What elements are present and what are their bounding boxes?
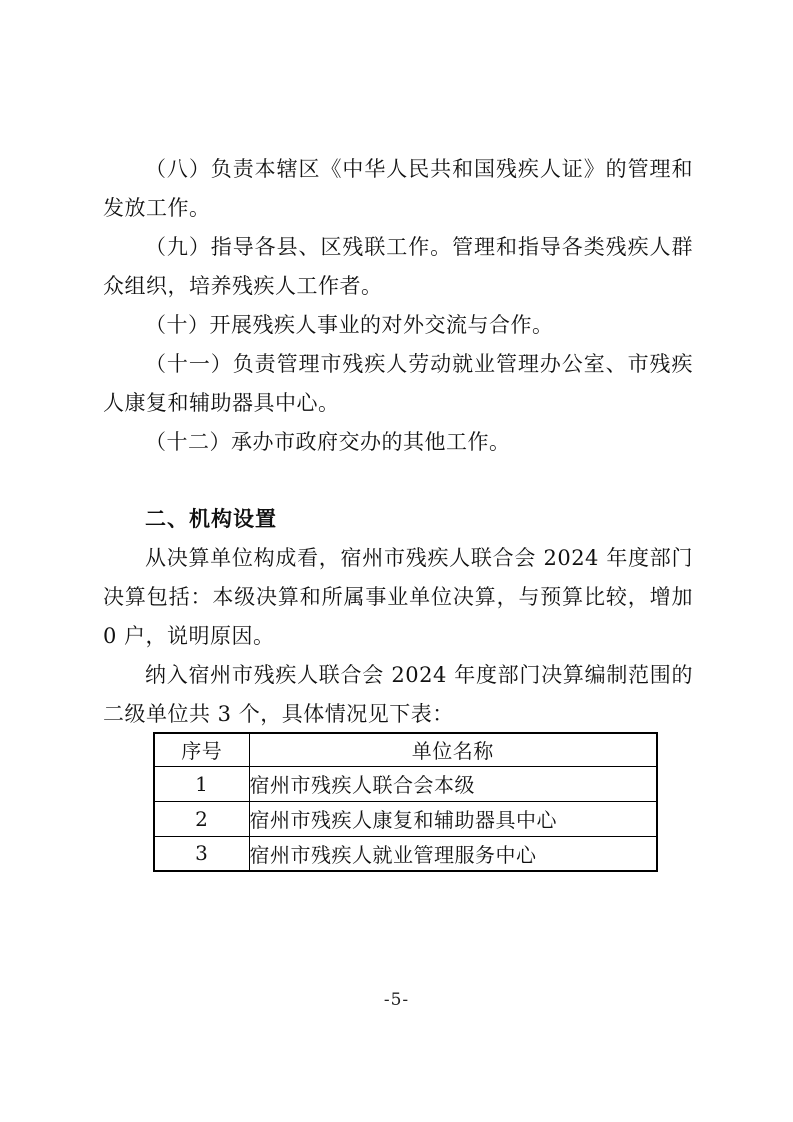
paragraph-item-11: （十一）负责管理市残疾人劳动就业管理办公室、市残疾人康复和辅助器具中心。	[103, 345, 693, 423]
paragraph-item-12: （十二）承办市政府交办的其他工作。	[103, 423, 693, 462]
document-body: （八）负责本辖区《中华人民共和国残疾人证》的管理和发放工作。 （九）指导各县、区…	[103, 0, 693, 872]
section-heading-organization: 二、机构设置	[103, 500, 693, 539]
unit-seq: 2	[154, 801, 249, 836]
table-header-unit-name: 单位名称	[249, 733, 657, 766]
table-row: 2 宿州市残疾人康复和辅助器具中心	[154, 801, 657, 836]
unit-name: 宿州市残疾人就业管理服务中心	[249, 836, 657, 871]
units-table: 序号 单位名称 1 宿州市残疾人联合会本级 2 宿州市残疾人康复和辅助器具中心 …	[153, 732, 658, 872]
paragraph-item-9: （九）指导各县、区残联工作。管理和指导各类残疾人群众组织，培养残疾人工作者。	[103, 228, 693, 306]
table-header-row: 序号 单位名称	[154, 733, 657, 766]
page-number: -5-	[0, 990, 793, 1010]
paragraph-item-10: （十）开展残疾人事业的对外交流与合作。	[103, 306, 693, 345]
section-paragraph-subordinate-units: 纳入宿州市残疾人联合会 2024 年度部门决算编制范围的二级单位共 3 个，具体…	[103, 656, 693, 734]
unit-seq: 1	[154, 766, 249, 801]
unit-name: 宿州市残疾人联合会本级	[249, 766, 657, 801]
table-row: 3 宿州市残疾人就业管理服务中心	[154, 836, 657, 871]
unit-name: 宿州市残疾人康复和辅助器具中心	[249, 801, 657, 836]
unit-seq: 3	[154, 836, 249, 871]
paragraph-item-8: （八）负责本辖区《中华人民共和国残疾人证》的管理和发放工作。	[103, 150, 693, 228]
document-page: （八）负责本辖区《中华人民共和国残疾人证》的管理和发放工作。 （九）指导各县、区…	[0, 0, 793, 1122]
table-header-seq: 序号	[154, 733, 249, 766]
section-paragraph-budget-units: 从决算单位构成看，宿州市残疾人联合会 2024 年度部门决算包括：本级决算和所属…	[103, 539, 693, 656]
table-row: 1 宿州市残疾人联合会本级	[154, 766, 657, 801]
